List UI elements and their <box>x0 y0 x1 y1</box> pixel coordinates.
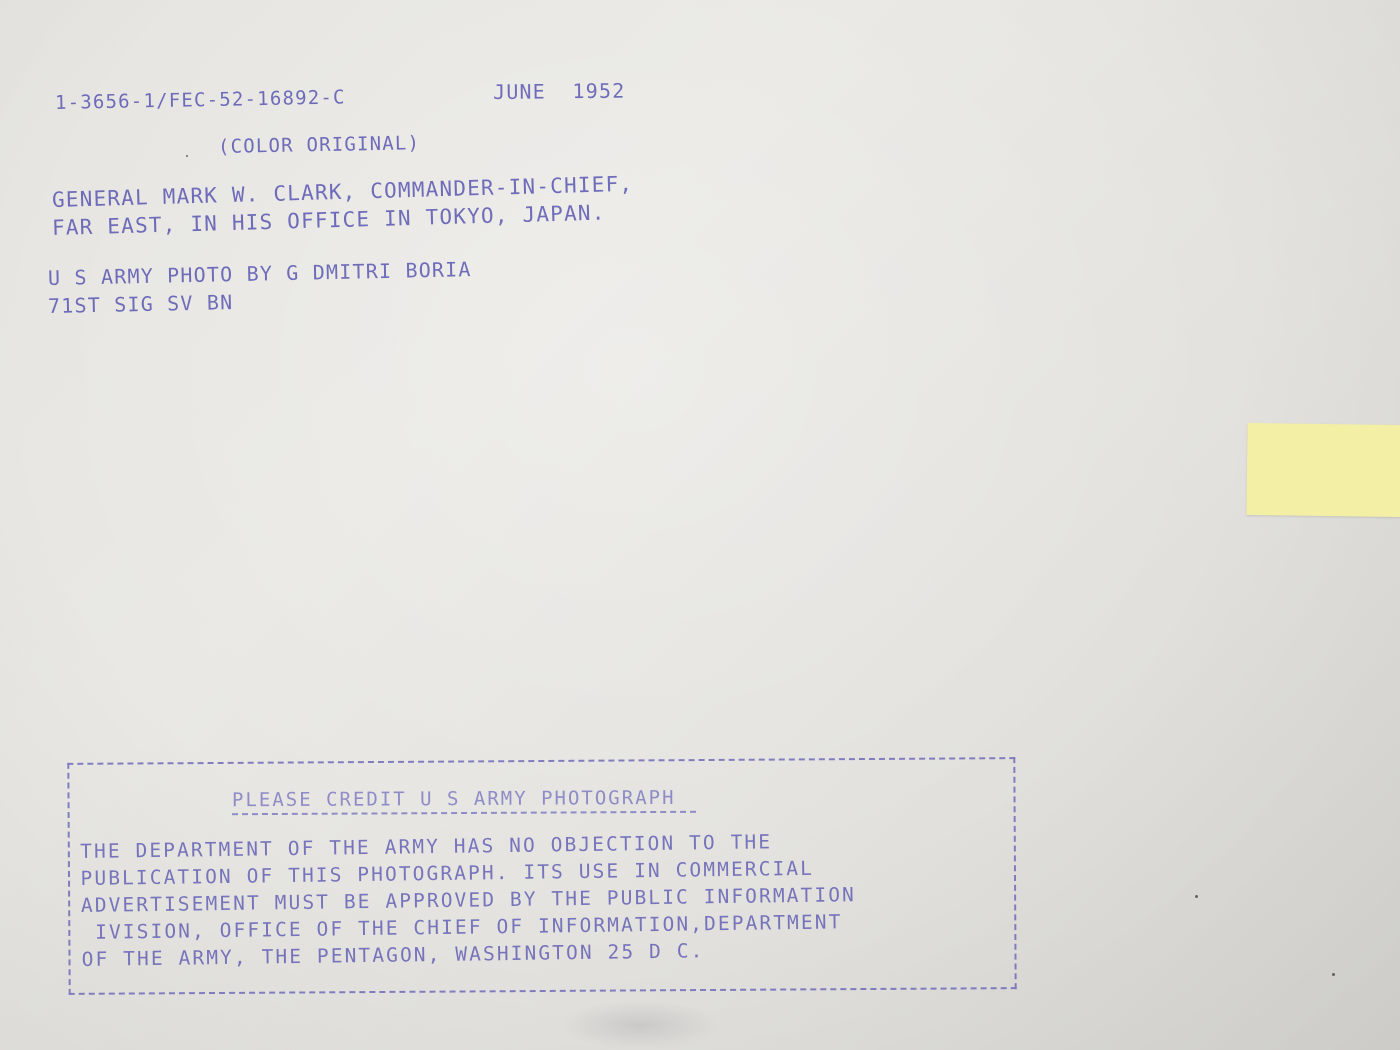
yellow-sticky-note <box>1246 423 1400 517</box>
dust-speck <box>186 155 188 157</box>
photo-credit-unit: 71ST SIG SV BN <box>48 290 234 318</box>
credit-stamp-heading: PLEASE CREDIT U S ARMY PHOTOGRAPH <box>232 787 696 815</box>
reference-number: 1-3656-1/FEC-52-16892-C <box>55 86 346 114</box>
ink-smudge <box>560 1000 720 1050</box>
dust-speck <box>1332 973 1335 976</box>
credit-stamp-body: THE DEPARTMENT OF THE ARMY HAS NO OBJECT… <box>80 825 1002 973</box>
date-stamp: JUNE 1952 <box>493 79 626 104</box>
photo-credit-line: U S ARMY PHOTO BY G DMITRI BORIA <box>48 257 472 290</box>
photo-back-document: { "document": { "type": "Reverse side of… <box>0 0 1400 1050</box>
color-original-note: (COLOR ORIGINAL) <box>218 132 421 158</box>
dust-speck <box>1195 895 1198 898</box>
